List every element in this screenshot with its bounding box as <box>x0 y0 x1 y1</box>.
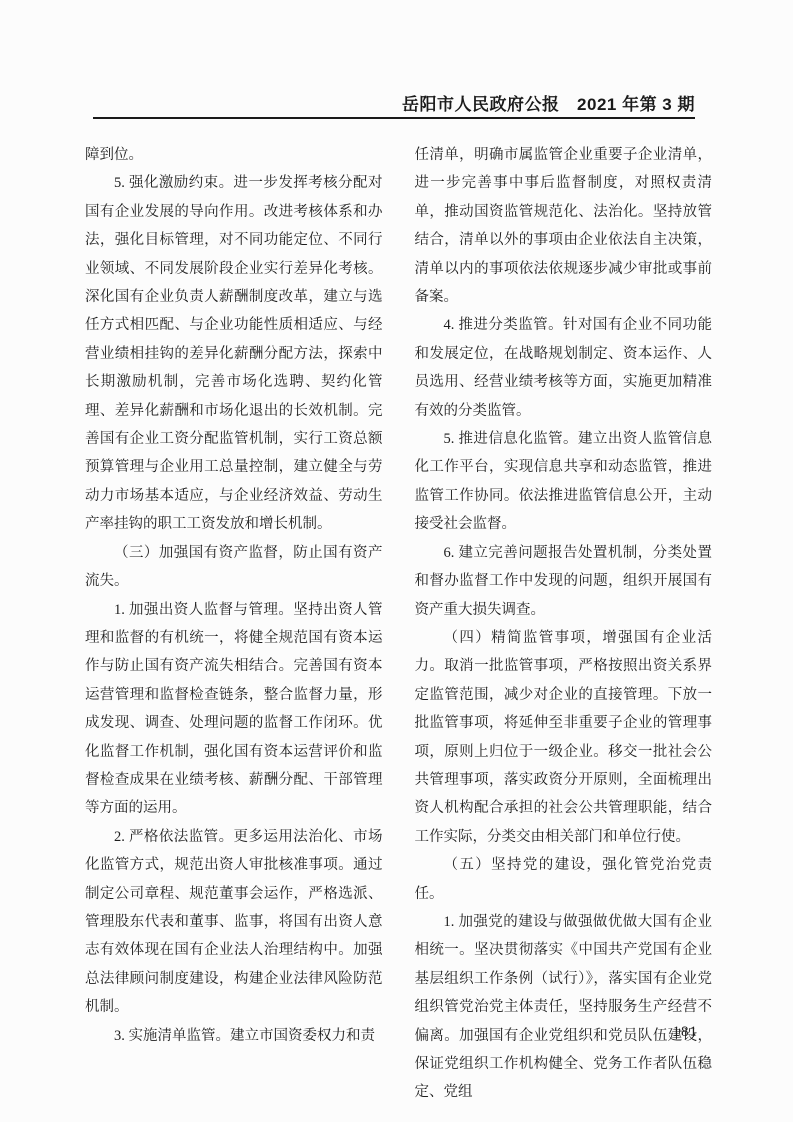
paragraph: 5. 强化激励约束。进一步发挥考核分配对国有企业发展的导向作用。改进考核体系和办… <box>85 169 383 538</box>
paragraph: 1. 加强出资人监督与管理。坚持出资人管理和监督的有机统一，将健全规范国有资本运… <box>85 596 383 823</box>
paragraph: 1. 加强党的建设与做强做优做大国有企业相统一。坚决贯彻落实《中国共产党国有企业… <box>415 908 713 1107</box>
page-header: 岳阳市人民政府公报 2021 年第 3 期 <box>93 90 695 115</box>
paragraph: （三）加强国有资产监督，防止国有资产流失。 <box>85 539 383 596</box>
paragraph: 6. 建立完善问题报告处置机制，分类处置和督办监督工作中发现的问题，组织开展国有… <box>415 539 713 624</box>
column-left: 障到位。 5. 强化激励约束。进一步发挥考核分配对国有企业发展的导向作用。改进考… <box>85 141 383 1107</box>
paragraph: （四）精简监管事项，增强国有企业活力。取消一批监管事项，严格按照出资关系界定监管… <box>415 624 713 851</box>
document-page: 岳阳市人民政府公报 2021 年第 3 期 障到位。 5. 强化激励约束。进一步… <box>0 0 793 1122</box>
paragraph: 4. 推进分类监管。针对国有企业不同功能和发展定位，在战略规划制定、资本运作、人… <box>415 311 713 425</box>
header-title: 岳阳市人民政府公报 2021 年第 3 期 <box>402 95 695 114</box>
paragraph: 障到位。 <box>85 141 383 169</box>
paragraph: 3. 实施清单监管。建立市国资委权力和责 <box>85 1022 383 1050</box>
paragraph: 2. 严格依法监管。更多运用法治化、市场化监管方式，规范出资人审批核准事项。通过… <box>85 823 383 1022</box>
page-number: 181 <box>673 1024 699 1041</box>
column-right: 任清单，明确市属监管企业重要子企业清单，进一步完善事中事后监督制度，对照权责清单… <box>415 141 713 1107</box>
content-columns: 障到位。 5. 强化激励约束。进一步发挥考核分配对国有企业发展的导向作用。改进考… <box>85 141 712 1107</box>
paragraph: （五）坚持党的建设，强化管党治党责任。 <box>415 851 713 908</box>
paragraph: 任清单，明确市属监管企业重要子企业清单，进一步完善事中事后监督制度，对照权责清单… <box>415 141 713 311</box>
paragraph: 5. 推进信息化监管。建立出资人监管信息化工作平台，实现信息共享和动态监管，推进… <box>415 425 713 539</box>
header-divider-rule <box>93 117 695 119</box>
